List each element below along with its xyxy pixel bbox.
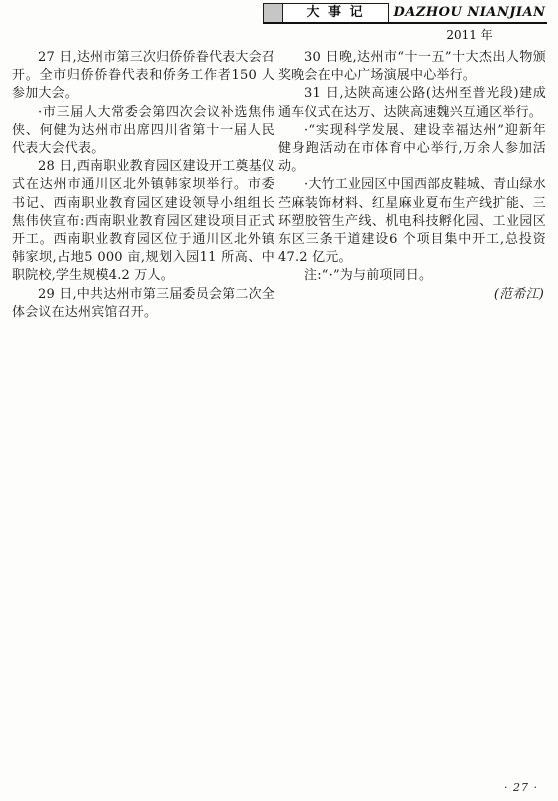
- entry-paragraph: ·市三届人大常委会第四次会议补选焦伟侠、何健为达州市出席四川省第十一届人民代表大…: [12, 104, 275, 159]
- header-gray-square: [264, 4, 283, 22]
- author-signature: (范希江): [278, 286, 546, 304]
- entry-paragraph: ·“实现科学发展、建设幸福达州”迎新年健身跑活动在市体育中心举行,万余人参加活动…: [278, 122, 546, 177]
- right-column: 30 日晚,达州市“十一五”十大杰出人物颁奖晚会在中心广场演展中心举行。 31 …: [278, 49, 546, 304]
- left-column: 27 日,达州市第三次归侨侨眷代表大会召开。全市归侨侨眷代表和侨务工作者150 …: [12, 49, 275, 322]
- journal-name: DAZHOU NIANJIAN: [392, 5, 547, 20]
- entry-paragraph: 29 日,中共达州市第三届委员会第二次全体会议在达州宾馆召开。: [12, 286, 275, 322]
- page-number: · 27 ·: [504, 781, 538, 794]
- entry-paragraph: 30 日晚,达州市“十一五”十大杰出人物颁奖晚会在中心广场演展中心举行。: [278, 49, 546, 85]
- section-title: 大 事 记: [283, 4, 388, 22]
- section-title-box: 大 事 记: [263, 3, 389, 23]
- yearbook-page: 大 事 记 DAZHOU NIANJIAN 2011 年 27 日,达州市第三次…: [0, 0, 558, 801]
- header-rule: [263, 22, 547, 24]
- year-label: 2011 年: [392, 26, 547, 43]
- entry-paragraph: 27 日,达州市第三次归侨侨眷代表大会召开。全市归侨侨眷代表和侨务工作者150 …: [12, 49, 275, 104]
- note-paragraph: 注:“·”为与前项同日。: [278, 267, 546, 285]
- entry-paragraph: 28 日,西南职业教育园区建设开工奠基仪式在达州市通川区北外镇韩家坝举行。市委书…: [12, 158, 275, 285]
- entry-paragraph: 31 日,达陕高速公路(达州至普光段)建成通车仪式在达万、达陕高速魏兴互通区举行…: [278, 85, 546, 121]
- entry-paragraph: ·大竹工业园区中国西部皮鞋城、青山绿水苎麻装饰材料、红星麻业夏布生产线扩能、三环…: [278, 176, 546, 267]
